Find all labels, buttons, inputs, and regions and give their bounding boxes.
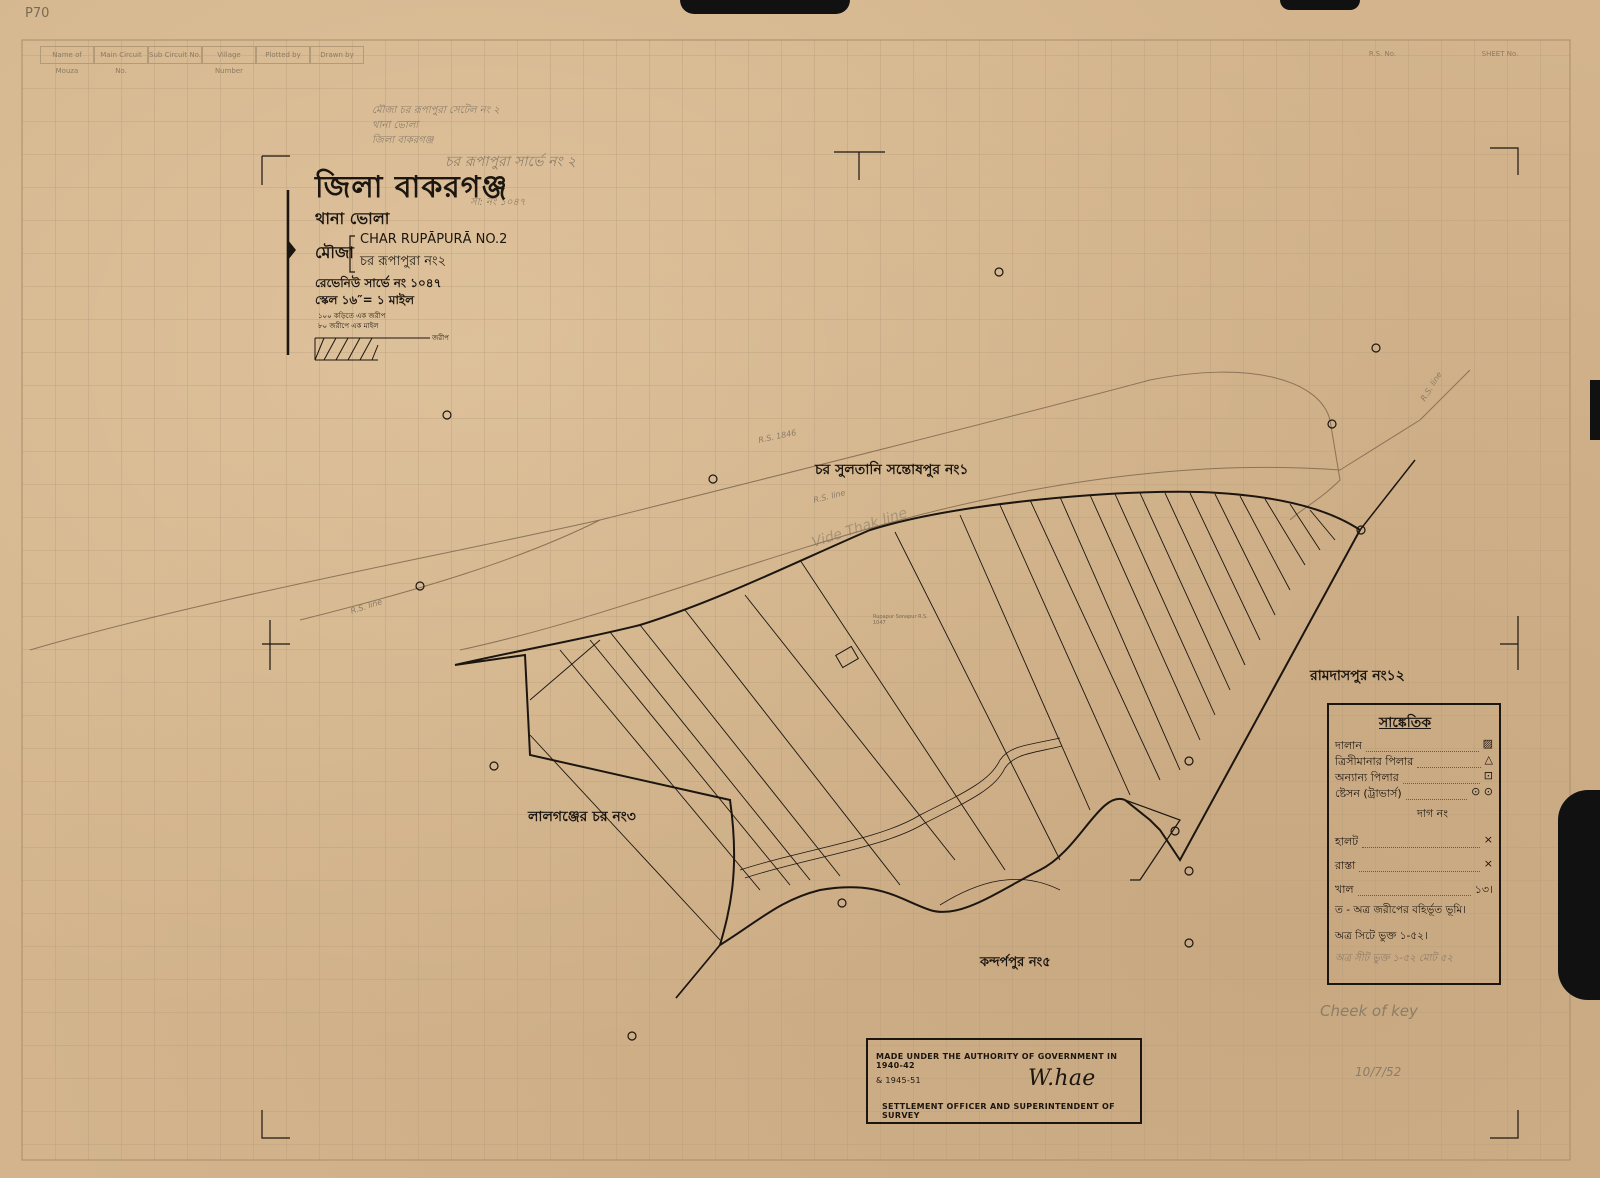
scale-label: স্কেল ১৬″= ১ মাইল	[315, 292, 414, 312]
certificate-line-3: SETTLEMENT OFFICER AND SUPERINTENDENT OF…	[882, 1102, 1140, 1120]
pencil-note-district: জিলা বাকরগঞ্জ	[372, 133, 433, 150]
header-cell-drawn-by: Drawn by	[310, 46, 364, 64]
legend-sheet-note: অত্র সিটে ভুক্ত ১-৫২।	[1335, 929, 1428, 946]
legend-dag-header: দাগ নং	[1417, 805, 1448, 824]
header-cell-village-number: Village Number	[202, 46, 256, 64]
legend-item-halot: হালট×	[1335, 833, 1493, 852]
neighbour-south: কন্দর্পপুর নং৫	[980, 953, 1051, 974]
thak-line-label: Vide Thak line	[810, 505, 909, 551]
legend-pencil-note: অত্র সীট ভুক্ত ১-৫২ মোট ৫২	[1335, 951, 1453, 968]
rs-line-label-3: R.S. line	[1419, 370, 1444, 403]
legend-item-road: রাস্তা×	[1335, 857, 1493, 876]
thana-label: থানা ভোলা	[315, 206, 389, 233]
signature: W.hae	[1028, 1066, 1096, 1091]
neighbour-north: চর সুলতানি সন্তোষপুর নং১	[815, 458, 968, 482]
neighbour-west: লালগঞ্জের চর নং৩	[528, 805, 636, 829]
pencil-check-note: Cheek of key	[1320, 1002, 1418, 1020]
neighbour-east: রামদাসপুর নং১২	[1310, 664, 1405, 688]
legend-item-traverse-station: ষ্টেসন (ট্রাভার্স)⊙ ⊙	[1335, 785, 1493, 804]
station-circle-icon: ⊙ ⊙	[1471, 785, 1493, 804]
legend-item-canal: খাল১৩।	[1335, 881, 1493, 900]
header-cell-plotted-by: Plotted by	[256, 46, 310, 64]
certificate-line-2: & 1945-51	[876, 1076, 921, 1085]
rs-line-label-1: R.S. line	[349, 597, 383, 616]
header-cell-main-circuit: Main Circuit No.	[94, 46, 148, 64]
cross-icon: ×	[1484, 857, 1493, 876]
rs-1846-label: R.S. 1846	[757, 428, 797, 445]
torn-edge-right	[1558, 790, 1600, 1000]
cross-icon: ×	[1484, 833, 1493, 852]
plot-note: Rupapur Sonapur R.S. 1047	[873, 614, 933, 626]
sheet-id: P70	[25, 6, 49, 21]
mouza-name-en: CHAR RUPĀPURĀ NO.2	[360, 232, 507, 247]
map-sheet: P70 Name of Mouza Main Circuit No. Sub C…	[0, 0, 1600, 1178]
legend-box: সাঙ্কেতিক দালান▨ ত্রিসীমানার পিলার△ অন্য…	[1327, 703, 1501, 985]
torn-edge-right-2	[1590, 380, 1600, 440]
header-cell-sheet-no: SHEET No.	[1460, 46, 1540, 62]
header-cell-name-of-mouza: Name of Mouza	[40, 46, 94, 64]
mouza-name-bn: চর রূপাপুরা নং২	[360, 252, 446, 273]
scale-note-2: ৮০ জরীপে এক মাইল	[318, 320, 378, 332]
certificate-line-1: MADE UNDER THE AUTHORITY OF GOVERNMENT I…	[876, 1052, 1140, 1070]
mouza-label: মৌজা	[315, 240, 354, 267]
pencil-date-note: 10/7/52	[1355, 1065, 1401, 1079]
legend-note: ত - অত্র জরীপের বহির্ভূত ভূমি।	[1335, 903, 1466, 920]
legend-title: সাঙ্কেতিক	[1379, 711, 1431, 735]
torn-edge-top-right	[1280, 0, 1360, 10]
torn-edge-top	[680, 0, 850, 14]
certificate-box: MADE UNDER THE AUTHORITY OF GOVERNMENT I…	[866, 1038, 1142, 1124]
header-cell-sub-circuit: Sub Circuit No.	[148, 46, 202, 64]
header-cell-rs-no: R.S. No.	[1355, 46, 1410, 62]
rs-line-label-2: R.S. line	[812, 488, 846, 505]
scale-bar-label: জরীপ	[432, 332, 449, 344]
